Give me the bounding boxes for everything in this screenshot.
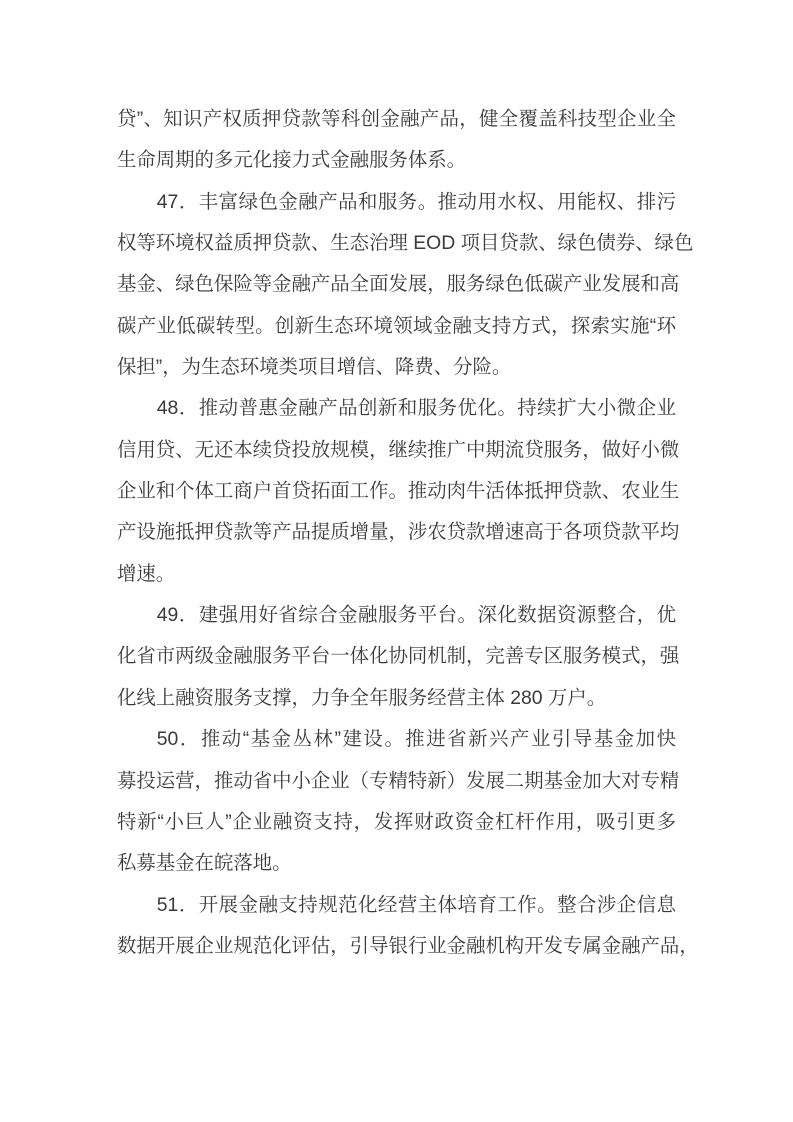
text-line: 49．建强用好省综合金融服务平台。深化数据资源整合，优	[117, 595, 676, 636]
text-line: 募投运营，推动省中小企业（专精特新）发展二期基金加大对专精	[117, 761, 676, 802]
text-line: 化省市两级金融服务平台一体化协同机制，完善专区服务模式，强	[117, 636, 676, 677]
document-page: 贷”、知识产权质押贷款等科创金融产品，健全覆盖科技型企业全生命周期的多元化接力式…	[0, 0, 793, 1122]
text-line: 保担”，为生态环境类项目增信、降费、分险。	[117, 347, 676, 388]
text-line: 50．推动“基金丛林”建设。推进省新兴产业引导基金加快	[117, 719, 676, 760]
text-line: 信用贷、无还本续贷投放规模，继续推广中期流贷服务，做好小微	[117, 430, 676, 471]
text-line: 48．推动普惠金融产品创新和服务优化。持续扩大小微企业	[117, 388, 676, 429]
text-block: 贷”、知识产权质押贷款等科创金融产品，健全覆盖科技型企业全生命周期的多元化接力式…	[117, 99, 676, 967]
text-line: 生命周期的多元化接力式金融服务体系。	[117, 140, 676, 181]
text-line: 碳产业低碳转型。创新生态环境领域金融支持方式，探索实施“环	[117, 306, 676, 347]
text-line: 增速。	[117, 554, 676, 595]
text-line: 产设施抵押贷款等产品提质增量，涉农贷款增速高于各项贷款平均	[117, 512, 676, 553]
text-line: 化线上融资服务支撑，力争全年服务经营主体 280 万户。	[117, 678, 676, 719]
text-line: 权等环境权益质押贷款、生态治理 EOD 项目贷款、绿色债券、绿色	[117, 223, 676, 264]
text-line: 47．丰富绿色金融产品和服务。推动用水权、用能权、排污	[117, 182, 676, 223]
text-line: 私募基金在皖落地。	[117, 843, 676, 884]
text-line: 51．开展金融支持规范化经营主体培育工作。整合涉企信息	[117, 885, 676, 926]
text-line: 贷”、知识产权质押贷款等科创金融产品，健全覆盖科技型企业全	[117, 99, 676, 140]
text-line: 基金、绿色保险等金融产品全面发展，服务绿色低碳产业发展和高	[117, 264, 676, 305]
text-line: 特新“小巨人”企业融资支持，发挥财政资金杠杆作用，吸引更多	[117, 802, 676, 843]
text-line: 数据开展企业规范化评估，引导银行业金融机构开发专属金融产品，	[117, 926, 676, 967]
text-line: 企业和个体工商户首贷拓面工作。推动肉牛活体抵押贷款、农业生	[117, 471, 676, 512]
